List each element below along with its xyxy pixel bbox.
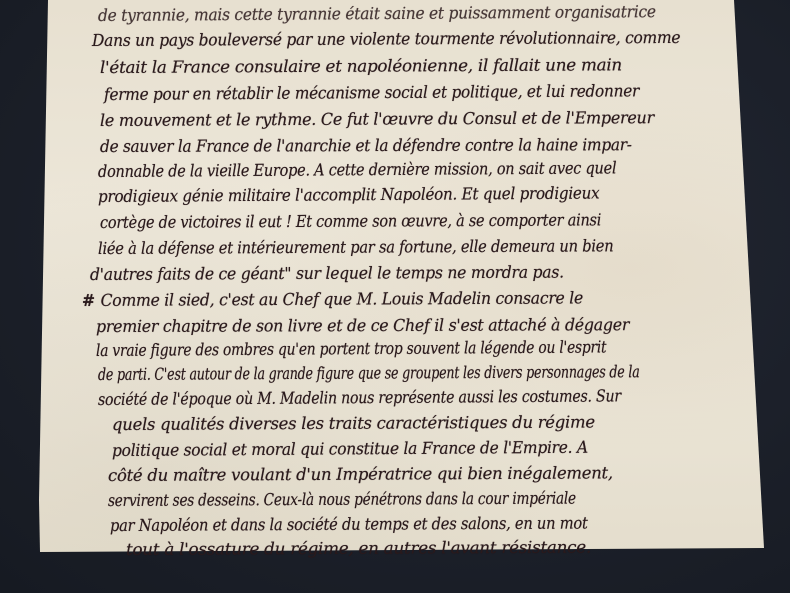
insertion-mark: #	[82, 291, 95, 310]
manuscript-line: quels qualités diverses les traits carac…	[112, 412, 595, 434]
manuscript-line: prodigieux génie militaire l'accomplit N…	[98, 183, 600, 205]
manuscript-line: tout à l'ossature du régime, en autres l…	[126, 538, 591, 559]
manuscript-line: le mouvement et le rythme. Ce fut l'œuvr…	[100, 108, 654, 130]
manuscript-line: d'autres faits de ce géant" sur lequel l…	[90, 263, 564, 284]
manuscript-line: liée à la défense et intérieurement par …	[98, 236, 613, 258]
manuscript-line: ferme pour en rétablir le mécanisme soci…	[104, 81, 639, 104]
manuscript-text: de tyrannie, mais cette tyrannie était s…	[0, 0, 790, 593]
manuscript-line-text: Comme il sied, c'est au Chef que M. Loui…	[101, 288, 583, 310]
manuscript-line: #Comme il sied, c'est au Chef que M. Lou…	[82, 288, 583, 310]
manuscript-line: cortège de victoires il eut ! Et comme s…	[100, 210, 601, 232]
manuscript-line: premier chapitre de son livre et de ce C…	[96, 315, 629, 336]
manuscript-line: donnable de la vieille Europe. A cette d…	[98, 158, 616, 181]
manuscript-line: Dans un pays bouleversé par une violente…	[92, 28, 680, 50]
manuscript-line: de tyrannie, mais cette tyrannie était s…	[98, 2, 656, 25]
manuscript-line: par Napoléon et dans la société du temps…	[110, 513, 588, 535]
manuscript-line: servirent ses desseins. Ceux-là nous pén…	[108, 489, 576, 510]
manuscript-line: politique social et moral qui constitue …	[112, 438, 588, 460]
manuscript-line: côté du maître voulant d'un Impératrice …	[108, 463, 613, 485]
photo-background: de tyrannie, mais cette tyrannie était s…	[0, 0, 790, 593]
manuscript-line: société de l'époque où M. Madelin nous r…	[98, 386, 621, 409]
manuscript-line: la vraie figure des ombres qu'en portent…	[96, 337, 606, 360]
manuscript-line: l'était la France consulaire et napoléon…	[100, 55, 622, 77]
manuscript-line: de sauver la France de l'anarchie et la …	[100, 135, 632, 156]
manuscript-line: de parti. C'est autour de la grande figu…	[98, 362, 640, 384]
